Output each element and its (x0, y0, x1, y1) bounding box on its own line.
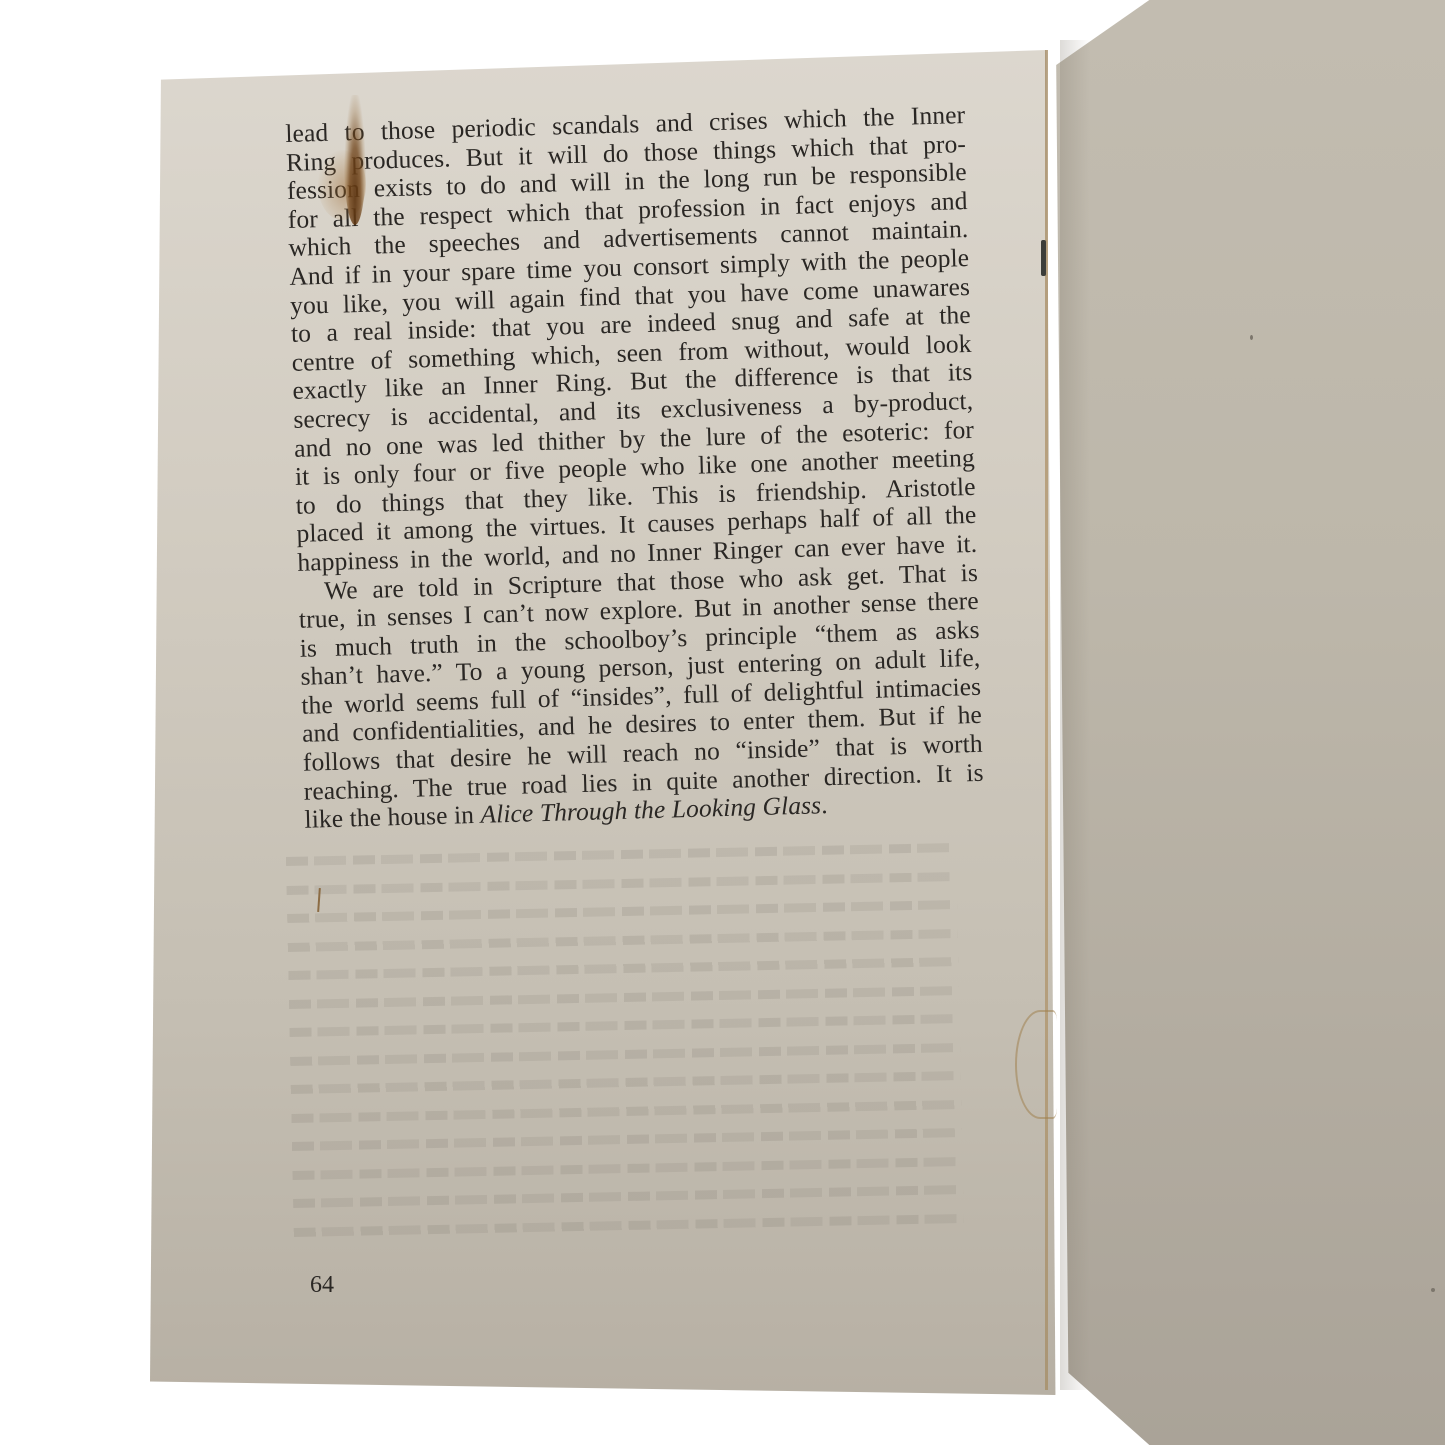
final-line-suffix: . (821, 790, 828, 819)
right-page-shadow (1060, 40, 1090, 1390)
paper-speck (1431, 1288, 1435, 1292)
burn-stain (344, 95, 366, 225)
spine-mark (1041, 240, 1046, 276)
book-photo: lead to those periodic scandals and cris… (0, 0, 1445, 1445)
body-text: lead to those periodic scandals and cris… (285, 101, 985, 835)
paragraph-1: lead to those periodic scandals and cris… (285, 101, 978, 577)
bleed-through-text (286, 843, 964, 1256)
paragraph-2: We are told in Scripture that those who … (298, 558, 985, 834)
paper-speck (1250, 335, 1253, 340)
right-page (1040, 0, 1445, 1445)
page-number: 64 (310, 1272, 334, 1299)
water-stain (1015, 1010, 1057, 1119)
final-line-prefix: like the house in (304, 800, 481, 834)
